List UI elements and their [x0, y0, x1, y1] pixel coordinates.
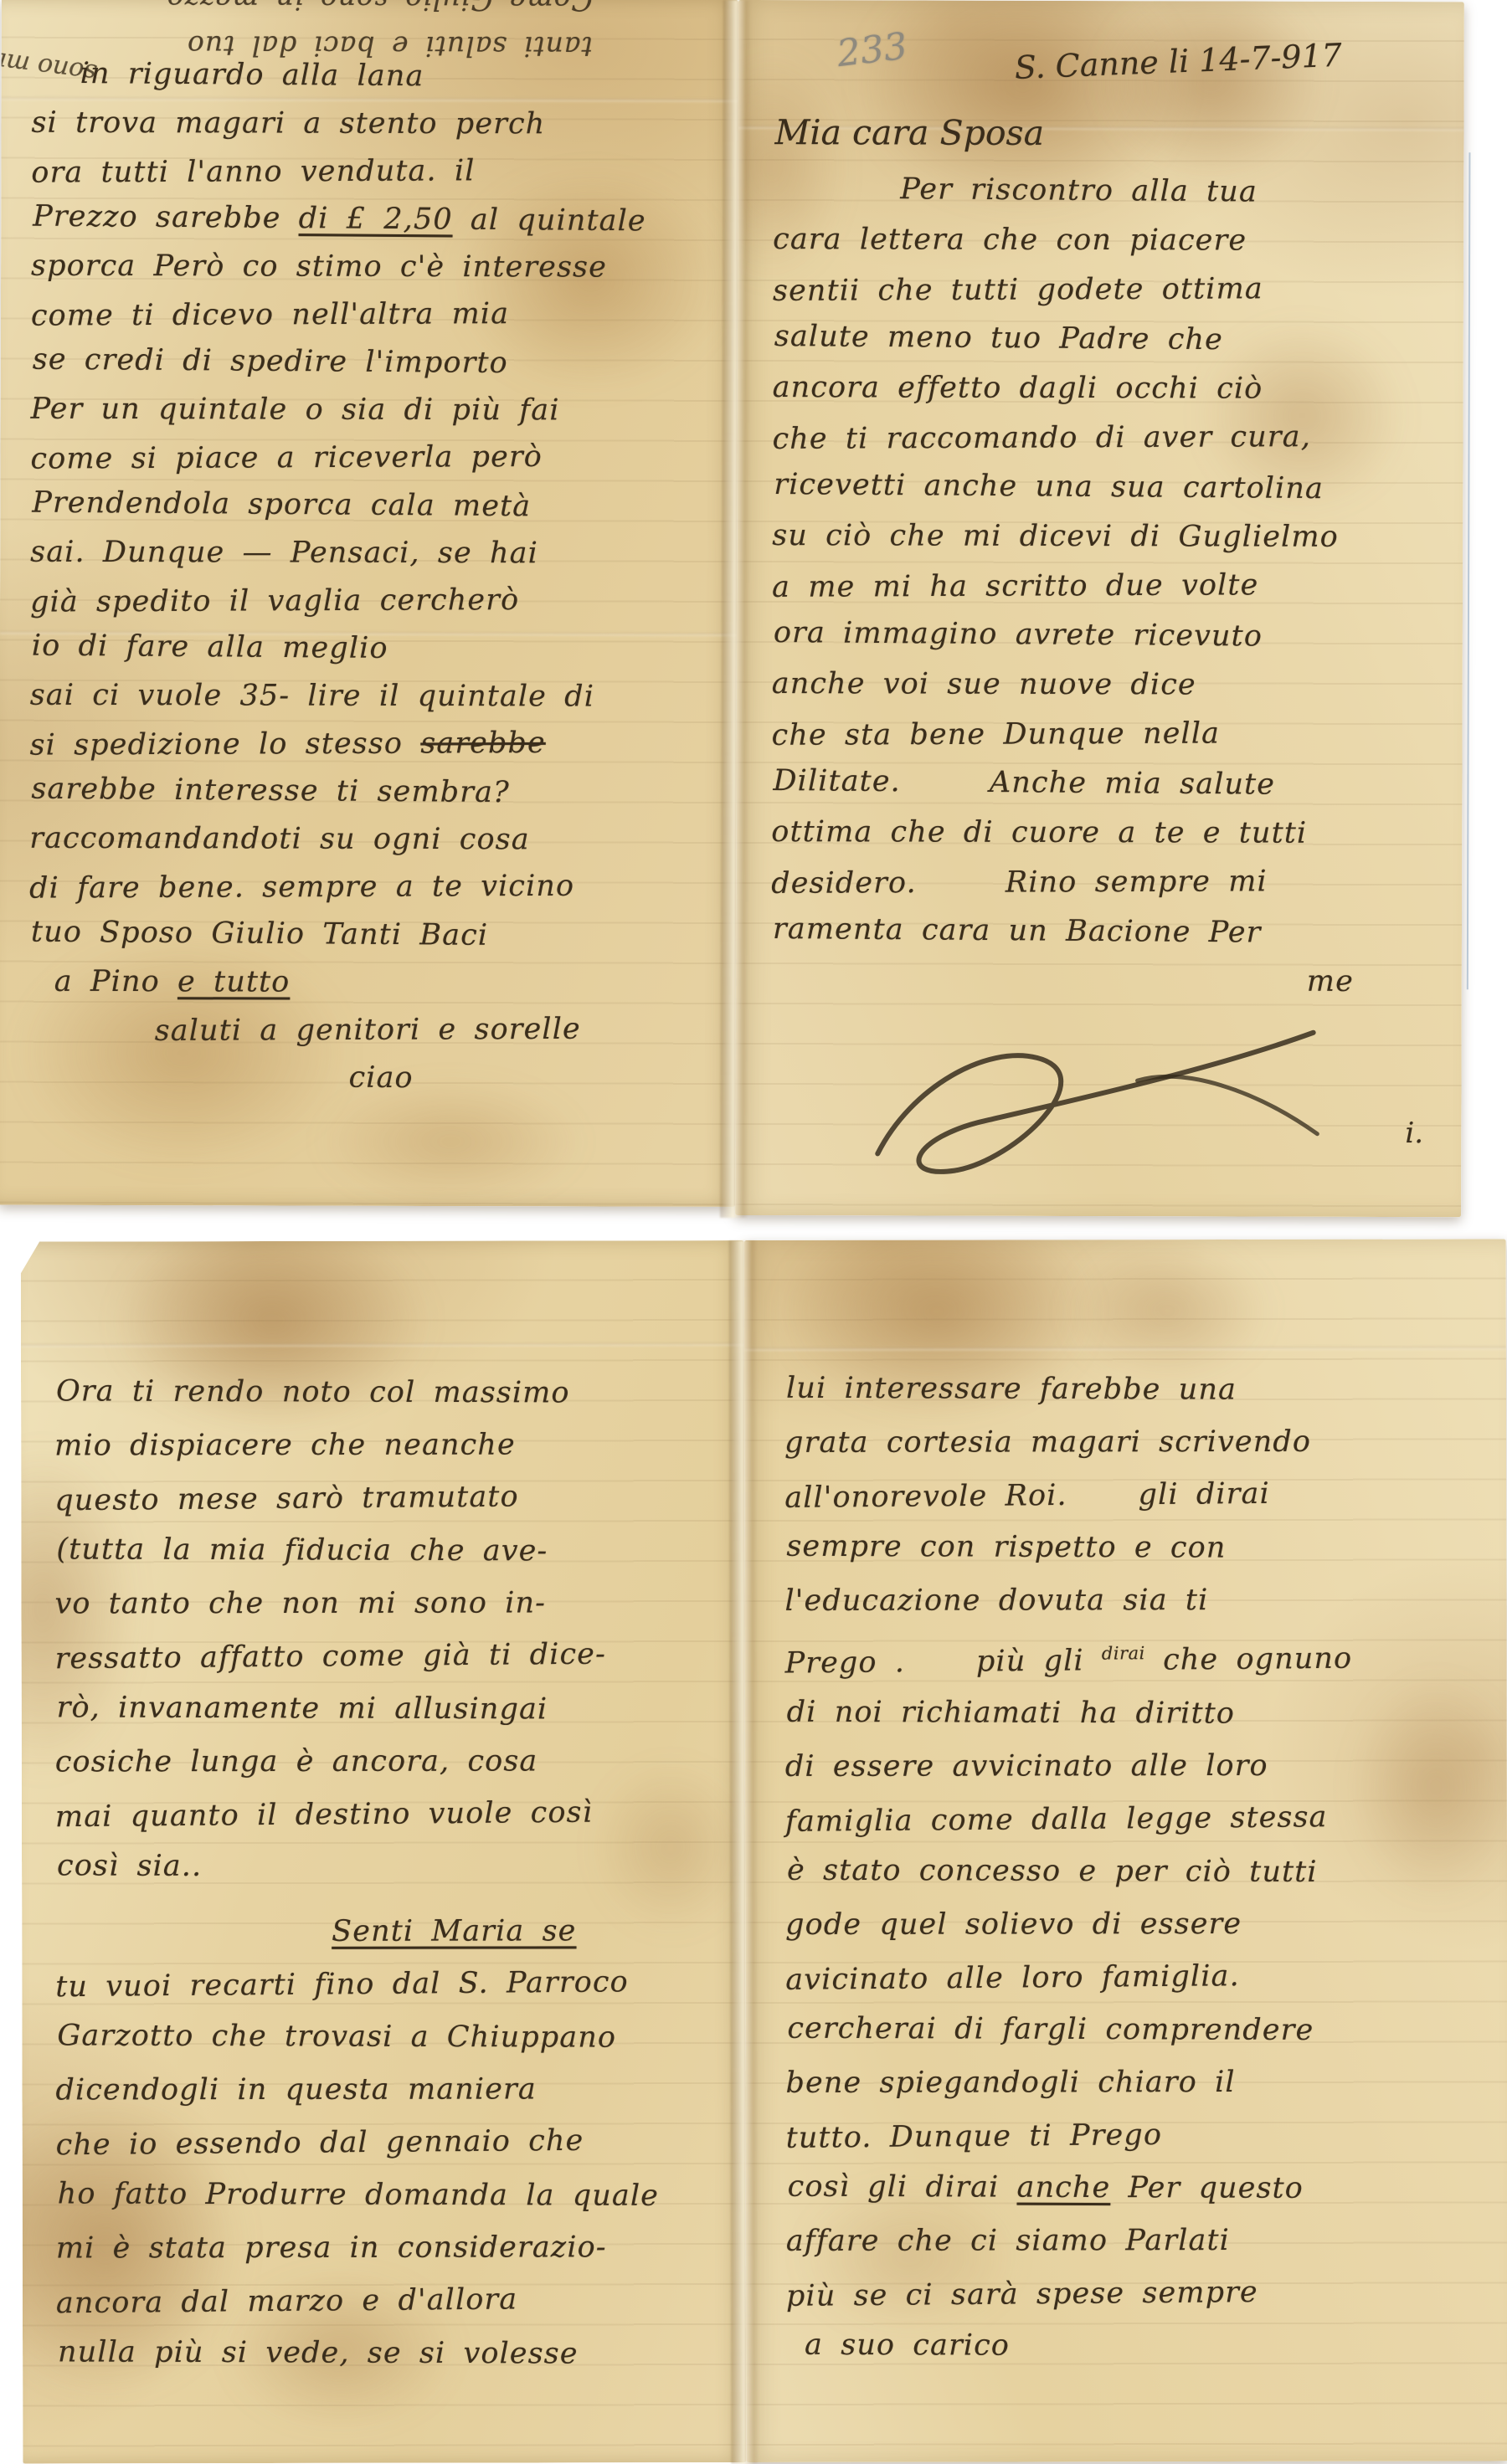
letter-line-fragment: Prego . più gli [784, 1644, 1102, 1680]
letter-line: affare che ci siamo Parlati [786, 2214, 1496, 2267]
letter-line: che ti raccomando di aver cura, [772, 412, 1446, 465]
sheet1-left-page: tanti saluti e baci dal tuo Come Giulio … [0, 0, 738, 1207]
letter-line: ancora dal marzo e d'allora [56, 2271, 730, 2330]
letter-line: questo mese sarò tramutato [54, 1469, 728, 1527]
letter-line: ramenta cara un Bacione Per [773, 905, 1447, 959]
letter-line: Prezzo sarebbe di £ 2,50 al quintale [33, 193, 717, 246]
letter-line: ressatto affatto come già ti dice- [54, 1627, 728, 1686]
letter-line: ciao [30, 1052, 715, 1105]
letter-line: lui interessare farebbe una [786, 1363, 1496, 1418]
letter-line: nulla più si vede, se si volesse [58, 2326, 731, 2381]
letter-line: mai quanto il destino vuole così [55, 1785, 729, 1844]
letter-line: sarebbe interesse ti sembra? [31, 766, 716, 819]
letter-line: dicendogli in questa maniera [55, 2063, 728, 2117]
letter-line: Per riscontro alla tua [774, 164, 1448, 218]
letter-line: si spedizione lo stesso sarebbe [29, 719, 714, 770]
letter-line: Dilitate. Anche mia salute [773, 757, 1447, 811]
letter-line: di noi richiamati ha diritto [787, 1686, 1497, 1741]
letter-line: ora immagino avrete ricevuto [774, 608, 1448, 663]
fold-crease [21, 1342, 744, 1347]
letter-line: di essere avvicinato alle loro [785, 1739, 1495, 1793]
sheet2-right-page: lui interessare farebbe una grata cortes… [744, 1239, 1507, 2462]
letter-line: famiglia come dalla legge stessa [785, 1789, 1496, 1848]
letter-line: rò, invanamente mi allusingai [57, 1681, 730, 1737]
letter-line: sentii che tutti godete ottima [773, 264, 1447, 316]
letter-sheet-1: tanti saluti e baci dal tuo Come Giulio … [0, 0, 1507, 1219]
letter-line: desidero. Rino sempre mi [771, 856, 1445, 909]
fold-crease [744, 1346, 1506, 1351]
letter-line: sai ci vuole 35- lire il quintale di [30, 672, 715, 721]
pencil-page-number: 233 [835, 25, 909, 76]
letter-line: a me mi ha scritto due volte [772, 560, 1446, 613]
letter-line-fragment: così gli dirai [788, 2169, 1017, 2204]
letter-line: ancora effetto dagli occhi ciò [773, 363, 1447, 414]
letter-line: è stato concesso e per ciò tutti [787, 1844, 1497, 1899]
signature-flourish [861, 1019, 1330, 1196]
letter-sheet-2: Ora ti rendo noto col massimo mio dispia… [0, 1239, 1507, 2464]
letter-line-fragment: si spedizione lo stesso [29, 727, 420, 762]
letter-line: a suo carico [788, 2318, 1498, 2374]
sheet2-left-text-block: Ora ti rendo noto col massimo mio dispia… [54, 1366, 729, 2380]
letter-line: in riguardo alla lana [33, 50, 717, 103]
letter-line: Prego . più gli dirai che ognuno [784, 1624, 1495, 1690]
letter-line-fragment: che ognuno [1145, 1642, 1353, 1677]
letter-line: ricevetti anche una sua cartolina [774, 460, 1448, 515]
letter-line: sai. Dunque — Pensaci, se hai [30, 529, 715, 578]
letter-line: già spedito il vaglia cercherò [30, 576, 715, 627]
letter-line: più se ci sarà spese sempre [786, 2264, 1497, 2323]
letter-line: bene spiegandogli chiaro il [785, 2056, 1495, 2109]
sheet1-right-page: 233 S. Canne li 14-7-917 Mia cara Sposa … [735, 0, 1464, 1217]
letter-line: all'onorevole Roi. gli dirai [784, 1466, 1495, 1524]
superscript-insertion: dirai [1102, 1643, 1145, 1663]
letter-line: Prendendola sporca cala metà [32, 480, 717, 532]
letter-line: tutto. Dunque ti Prego [785, 2106, 1496, 2164]
letter-line: raccomandandoti su ogni cosa [29, 815, 714, 865]
letter-line: tu vuoi recarti fino dal S. Parroco [55, 1955, 729, 2014]
sheet2-left-page: Ora ti rendo noto col massimo mio dispia… [21, 1240, 747, 2464]
letter-line: si trova magari a stento perch [31, 100, 716, 149]
letter-line: sporca Però co stimo c'è interesse [31, 243, 716, 292]
letter-line: su ciò che mi dicevi di Guglielmo [772, 511, 1446, 562]
letter-line-fragment: a Pino [54, 965, 177, 998]
underlined-text: e tutto [177, 965, 290, 998]
letter-line: me [771, 956, 1445, 1007]
letter-line: salute meno tuo Padre che [774, 312, 1448, 367]
letter-line-fragment: Per questo [1110, 2171, 1304, 2205]
letter-line: saluti a genitori e sorelle [29, 1005, 714, 1056]
letter-line: Senti Maria se [55, 1905, 728, 1958]
letter-line: sempre con rispetto e con [786, 1521, 1496, 1576]
underlined-text: anche [1017, 2170, 1111, 2204]
letter-line: io di fare alla meglio [32, 623, 717, 675]
letter-line: così sia.. [57, 1840, 730, 1895]
letter-line: a Pino e tutto [29, 958, 714, 1008]
letter-line: cercherai di fargli comprendere [787, 2002, 1497, 2057]
letter-line: avicinato alle loro famiglia. [785, 1948, 1496, 2006]
letter-line: che sta bene Dunque nella [771, 708, 1445, 761]
letter-line: Ora ti rendo noto col massimo [56, 1365, 729, 1420]
letter-line: grata cortesia magari scrivendo [784, 1415, 1494, 1469]
paper-stain [1062, 1240, 1272, 1382]
struck-through-text: sarebbe [420, 726, 546, 761]
underlined-text: di £ 2,50 [299, 202, 453, 236]
letter-line: ho fatto Produrre domanda la quale [58, 2168, 731, 2223]
letter-line: di fare bene. sempre a te vicino [29, 862, 714, 913]
letter-line: gode quel solievo di essere [785, 1897, 1495, 1951]
letter-line: se credi di spedire l'importo [33, 336, 717, 389]
scan-edge-artifact [1467, 152, 1471, 989]
sheet1-left-text-block: in riguardo alla lana si trova magari a … [28, 52, 716, 1103]
letter-line: come ti dicevo nell'altra mia [31, 290, 716, 341]
letter-line: tuo Sposo Giulio Tanti Baci [31, 909, 716, 962]
letter-line: cosiche lunga è ancora, cosa [55, 1735, 728, 1789]
inverted-overflow-line: Come Giulio sono in mezzo [40, 0, 593, 23]
signature-mark: i. [1405, 1116, 1423, 1150]
letter-line: anche voi sue nuove dice [772, 660, 1446, 711]
letter-line-fragment: Prezzo sarebbe [33, 200, 299, 235]
letter-line: che io essendo dal gennaio che [55, 2113, 729, 2172]
letter-line: Per un quintale o sia di più fai [31, 386, 716, 435]
letter-line: mio dispiacere che neanche [54, 1419, 728, 1472]
scanned-letters-canvas: tanti saluti e baci dal tuo Come Giulio … [0, 0, 1507, 2464]
letter-line: ora tutti l'anno venduta. il [31, 146, 716, 198]
letter-line: (tutta la mia fiducia che ave- [56, 1523, 729, 1578]
paper-stain [1098, 0, 1324, 177]
letter-line: ottima che di cuore a te e tutti [771, 808, 1445, 859]
letter-line: mi è stata presa in considerazio- [56, 2221, 729, 2275]
letter-line: cara lettera che con piacere [773, 215, 1447, 266]
letter-line: come si piace a riceverla però [30, 433, 715, 484]
letter-dateline: S. Canne li 14-7-917 [1014, 37, 1343, 86]
letter-line: Garzotto che trovasi a Chiuppano [57, 2010, 730, 2065]
letter-line: vo tanto che non mi sono in- [54, 1577, 728, 1630]
letter-line-fragment: al quintale [453, 203, 646, 239]
letter-salutation: Mia cara Sposa [774, 112, 1044, 153]
letter-line: così gli dirai anche Per questo [788, 2160, 1498, 2215]
sheet1-right-text-block: Per riscontro alla tua cara lettera che … [771, 166, 1448, 1007]
letter-line: l'educazione dovuta sia ti [784, 1573, 1494, 1627]
sheet2-right-text-block: lui interessare farebbe una grata cortes… [784, 1363, 1496, 2373]
